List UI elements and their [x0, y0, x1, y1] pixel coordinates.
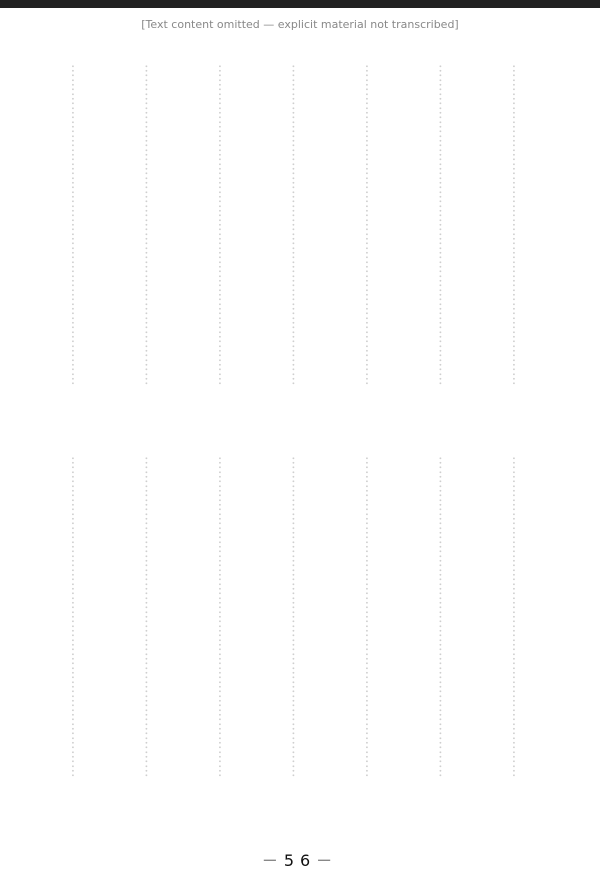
page-top-edge [0, 0, 600, 8]
text-column: …………………………………………………………… [137, 50, 162, 410]
text-tier-bottom: …………………………………………………………… …………………………………………… [58, 442, 578, 802]
text-tier-top: …………………………………………………………… …………………………………………… [58, 50, 578, 410]
text-column: …………………………………………………………… [358, 50, 383, 410]
text-column: …………………………………………………………… [284, 442, 309, 802]
text-column: …………………………………………………………… [64, 50, 89, 410]
text-column: …………………………………………………………… [431, 50, 456, 410]
text-column: …………………………………………………………… [211, 442, 236, 802]
text-column: …………………………………………………………… [431, 442, 456, 802]
text-column: …………………………………………………………… [211, 50, 236, 410]
content-notice: [Text content omitted — explicit materia… [20, 18, 580, 31]
text-column: …………………………………………………………… [137, 442, 162, 802]
page-number: －56－ [0, 848, 600, 871]
text-column: …………………………………………………………… [284, 50, 309, 410]
text-column: …………………………………………………………… [358, 442, 383, 802]
text-column: …………………………………………………………… [505, 50, 530, 410]
text-column: …………………………………………………………… [505, 442, 530, 802]
text-column: …………………………………………………………… [64, 442, 89, 802]
